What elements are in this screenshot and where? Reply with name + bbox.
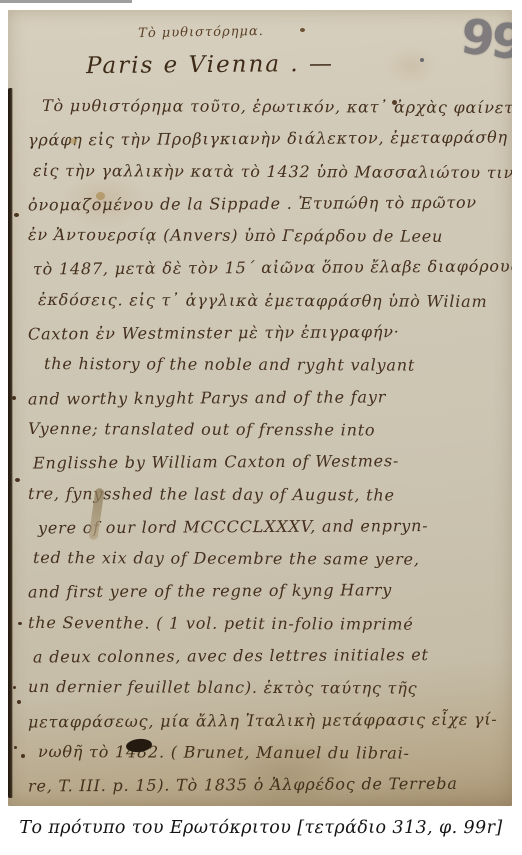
manuscript-line: γράφη εἰς τὴν Προβιγκιανὴν διάλεκτον, ἐμ… xyxy=(28,122,508,157)
screen-edge-artifact xyxy=(0,0,132,3)
manuscript-line: re, T. III. p. 15). Τὸ 1835 ὁ Ἀλφρέδος d… xyxy=(28,768,508,803)
ink-speck xyxy=(14,746,17,749)
manuscript-line: Vyenne; translated out of frensshe into xyxy=(28,413,508,447)
figure-caption: Το πρότυπο του Ερωτόκριτου [τετράδιο 313… xyxy=(0,818,522,838)
ink-speck xyxy=(21,754,25,758)
manuscript-line: νωθῆ τὸ 1482. ( Brunet, Manuel du librai… xyxy=(38,736,508,770)
ink-speck xyxy=(12,396,16,400)
ink-speck xyxy=(392,100,397,105)
ink-speck xyxy=(18,622,22,625)
manuscript-line: ted the xix day of Decembre the same yer… xyxy=(33,542,508,576)
ink-speck xyxy=(17,700,21,704)
manuscript-photo: 99 Τὸ μυθιστόρημα. Paris e Vienna . — Τὸ… xyxy=(8,10,512,806)
ink-speck xyxy=(15,478,20,482)
manuscript-line: yere of our lord MCCCCLXXXV, and enpryn- xyxy=(38,509,508,544)
ink-speck xyxy=(300,28,305,32)
manuscript-line: the Seventhe. ( 1 vol. petit in-folio im… xyxy=(28,607,508,641)
manuscript-line: ἐκδόσεις. εἰς τ᾽ ἀγγλικὰ ἐμεταφράσθη ὑπὸ… xyxy=(38,284,508,318)
manuscript-line: the history of the noble and ryght valya… xyxy=(44,348,508,382)
manuscript-line: and first yere of the regne of kyng Harr… xyxy=(28,574,508,609)
manuscript-line: and worthy knyght Parys and of the fayr xyxy=(28,380,508,415)
manuscript-title: Paris e Vienna . — xyxy=(86,51,334,79)
page-left-edge-shadow xyxy=(8,88,13,798)
manuscript-line: ἐν Ἀντουερσίᾳ (Anvers) ὑπὸ Γεράρδου de L… xyxy=(28,219,508,253)
pencil-speck xyxy=(420,58,424,62)
manuscript-line: τὸ 1487, μετὰ δὲ τὸν 15΄ αἰῶνα ὅπου ἔλαβ… xyxy=(33,251,508,286)
manuscript-line: Τὸ μυθιστόρημα τοῦτο, ἐρωτικόν, κατ᾽ ἀρχ… xyxy=(42,90,508,124)
manuscript-line: μεταφράσεως, μία ἄλλη Ἰταλικὴ μετάφρασις… xyxy=(28,703,508,738)
manuscript-line: a deux colonnes, avec des lettres initia… xyxy=(33,639,508,674)
ink-speck xyxy=(13,686,16,689)
figure-page: 99 Τὸ μυθιστόρημα. Paris e Vienna . — Τὸ… xyxy=(0,0,522,855)
manuscript-line: Caxton ἐν Westminster μὲ τὴν ἐπιγραφήν· xyxy=(28,316,508,351)
manuscript-line: un dernier feuillet blanc). ἐκτὸς ταύτης… xyxy=(28,671,508,705)
manuscript-line: εἰς τὴν γαλλικὴν κατὰ τὸ 1432 ὑπὸ Μασσαλ… xyxy=(33,155,508,189)
manuscript-heading: Τὸ μυθιστόρημα. xyxy=(8,20,512,44)
ink-speck xyxy=(14,213,19,217)
manuscript-line: Englisshe by William Caxton of Westmes- xyxy=(33,445,508,480)
paper-stain xyxy=(96,192,105,200)
paper-stain xyxy=(70,138,77,144)
